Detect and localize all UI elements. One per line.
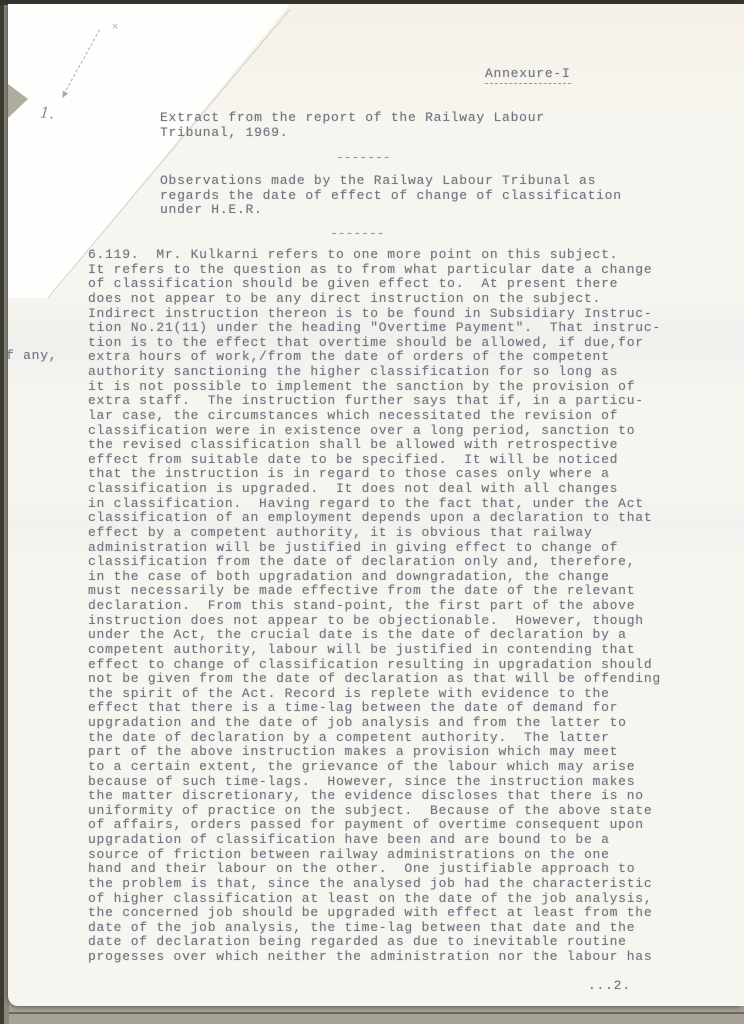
text-line: upgradation of classification have been …	[88, 833, 661, 848]
text-line: lar case, the circumstances which necess…	[88, 409, 661, 424]
annexure-heading: Annexure-I	[485, 66, 571, 84]
text-line: under the Act, the crucial date is the d…	[88, 628, 661, 643]
text-line: the spirit of the Act. Record is replete…	[88, 687, 661, 702]
subtitle-block: Observations made by the Railway Labour …	[160, 174, 622, 218]
text-line: of higher classification at least on the…	[88, 892, 661, 907]
text-line: of affairs, orders passed for payment of…	[88, 818, 661, 833]
text-line: the concerned job should be upgraded wit…	[88, 906, 661, 921]
text-line: Extract from the report of the Railway L…	[160, 110, 545, 125]
text-line: extra hours of work,/from the date of or…	[88, 350, 661, 365]
pencil-scribble-mark: ×	[112, 22, 119, 34]
text-line: because of such time-lags. However, sinc…	[88, 775, 661, 790]
text-line: It refers to the question as to from wha…	[88, 263, 661, 278]
text-line: uniformity of practice on the subject. B…	[88, 804, 661, 819]
paragraph-6119: 6.119. Mr. Kulkarni refers to one more p…	[88, 248, 661, 965]
text-line: authority sanctioning the higher classif…	[88, 365, 661, 380]
text-line: of classification should be given effect…	[88, 277, 661, 292]
text-line: hand and their labour on the other. One …	[88, 862, 661, 877]
text-line: classification were in existence over a …	[88, 424, 661, 439]
text-line: effect from suitable date to be specifie…	[88, 453, 661, 468]
text-line: the revised classification shall be allo…	[88, 438, 661, 453]
text-line: does not appear to be any direct instruc…	[88, 292, 661, 307]
handwritten-corner-mark: 1.	[39, 103, 55, 122]
text-line: in the case of both upgradation and down…	[88, 570, 661, 585]
text-line: Indirect instruction thereon is to be fo…	[88, 307, 661, 322]
text-line: 6.119. Mr. Kulkarni refers to one more p…	[88, 248, 661, 263]
text-line: progesses over which neither the adminis…	[88, 950, 661, 965]
text-line: it is not possible to implement the sanc…	[88, 380, 661, 395]
text-line: under H.E.R.	[160, 203, 622, 218]
text-line: the matter discretionary, the evidence d…	[88, 789, 661, 804]
page-continuation-marker: ...2.	[588, 978, 631, 993]
text-line: the problem is that, since the analysed …	[88, 877, 661, 892]
text-line: effect to change of classification resul…	[88, 658, 661, 673]
text-line: in classification. Having regard to the …	[88, 497, 661, 512]
margin-annotation: f any,	[6, 348, 57, 363]
text-line: classification of an employment depends …	[88, 511, 661, 526]
text-line: declaration. From this stand-point, the …	[88, 599, 661, 614]
text-line: to a certain extent, the grievance of th…	[88, 760, 661, 775]
text-line: competent authority, labour will be just…	[88, 643, 661, 658]
text-line: must necessarily be made effective from …	[88, 584, 661, 599]
text-line: extra staff. The instruction further say…	[88, 394, 661, 409]
text-line: not be given from the date of declaratio…	[88, 672, 661, 687]
text-line: tion No.21(11) under the heading "Overti…	[88, 321, 661, 336]
text-line: tion is to the effect that overtime shou…	[88, 336, 661, 351]
text-line: classification from the date of declarat…	[88, 555, 661, 570]
separator-line: -------	[330, 226, 385, 241]
title-block: Extract from the report of the Railway L…	[160, 110, 545, 140]
scanned-document: × 1. Annexure-I Extract from the report …	[0, 0, 744, 1024]
text-line: that the instruction is in regard to tho…	[88, 467, 661, 482]
text-line: classification is upgraded. It does not …	[88, 482, 661, 497]
text-line: administration will be justified in givi…	[88, 541, 661, 556]
pencil-arrow-mark	[63, 30, 100, 95]
text-line: source of friction between railway admin…	[88, 848, 661, 863]
document-page: × 1. Annexure-I Extract from the report …	[8, 4, 744, 1006]
corner-notch	[8, 84, 30, 118]
text-line: effect that there is a time-lag between …	[88, 701, 661, 716]
text-line: effect by a competent authority, it is o…	[88, 526, 661, 541]
text-line: date of declaration being regarded as du…	[88, 935, 661, 950]
text-line: the date of declaration by a competent a…	[88, 731, 661, 746]
text-line: upgradation and the date of job analysis…	[88, 716, 661, 731]
text-line: instruction does not appear to be object…	[88, 614, 661, 629]
text-line: regards the date of effect of change of …	[160, 189, 622, 204]
text-line: date of the job analysis, the time-lag b…	[88, 921, 661, 936]
separator-line: -------	[336, 150, 391, 165]
text-line: part of the above instruction makes a pr…	[88, 745, 661, 760]
text-line: Observations made by the Railway Labour …	[160, 174, 622, 189]
text-line: Tribunal, 1969.	[160, 125, 545, 140]
